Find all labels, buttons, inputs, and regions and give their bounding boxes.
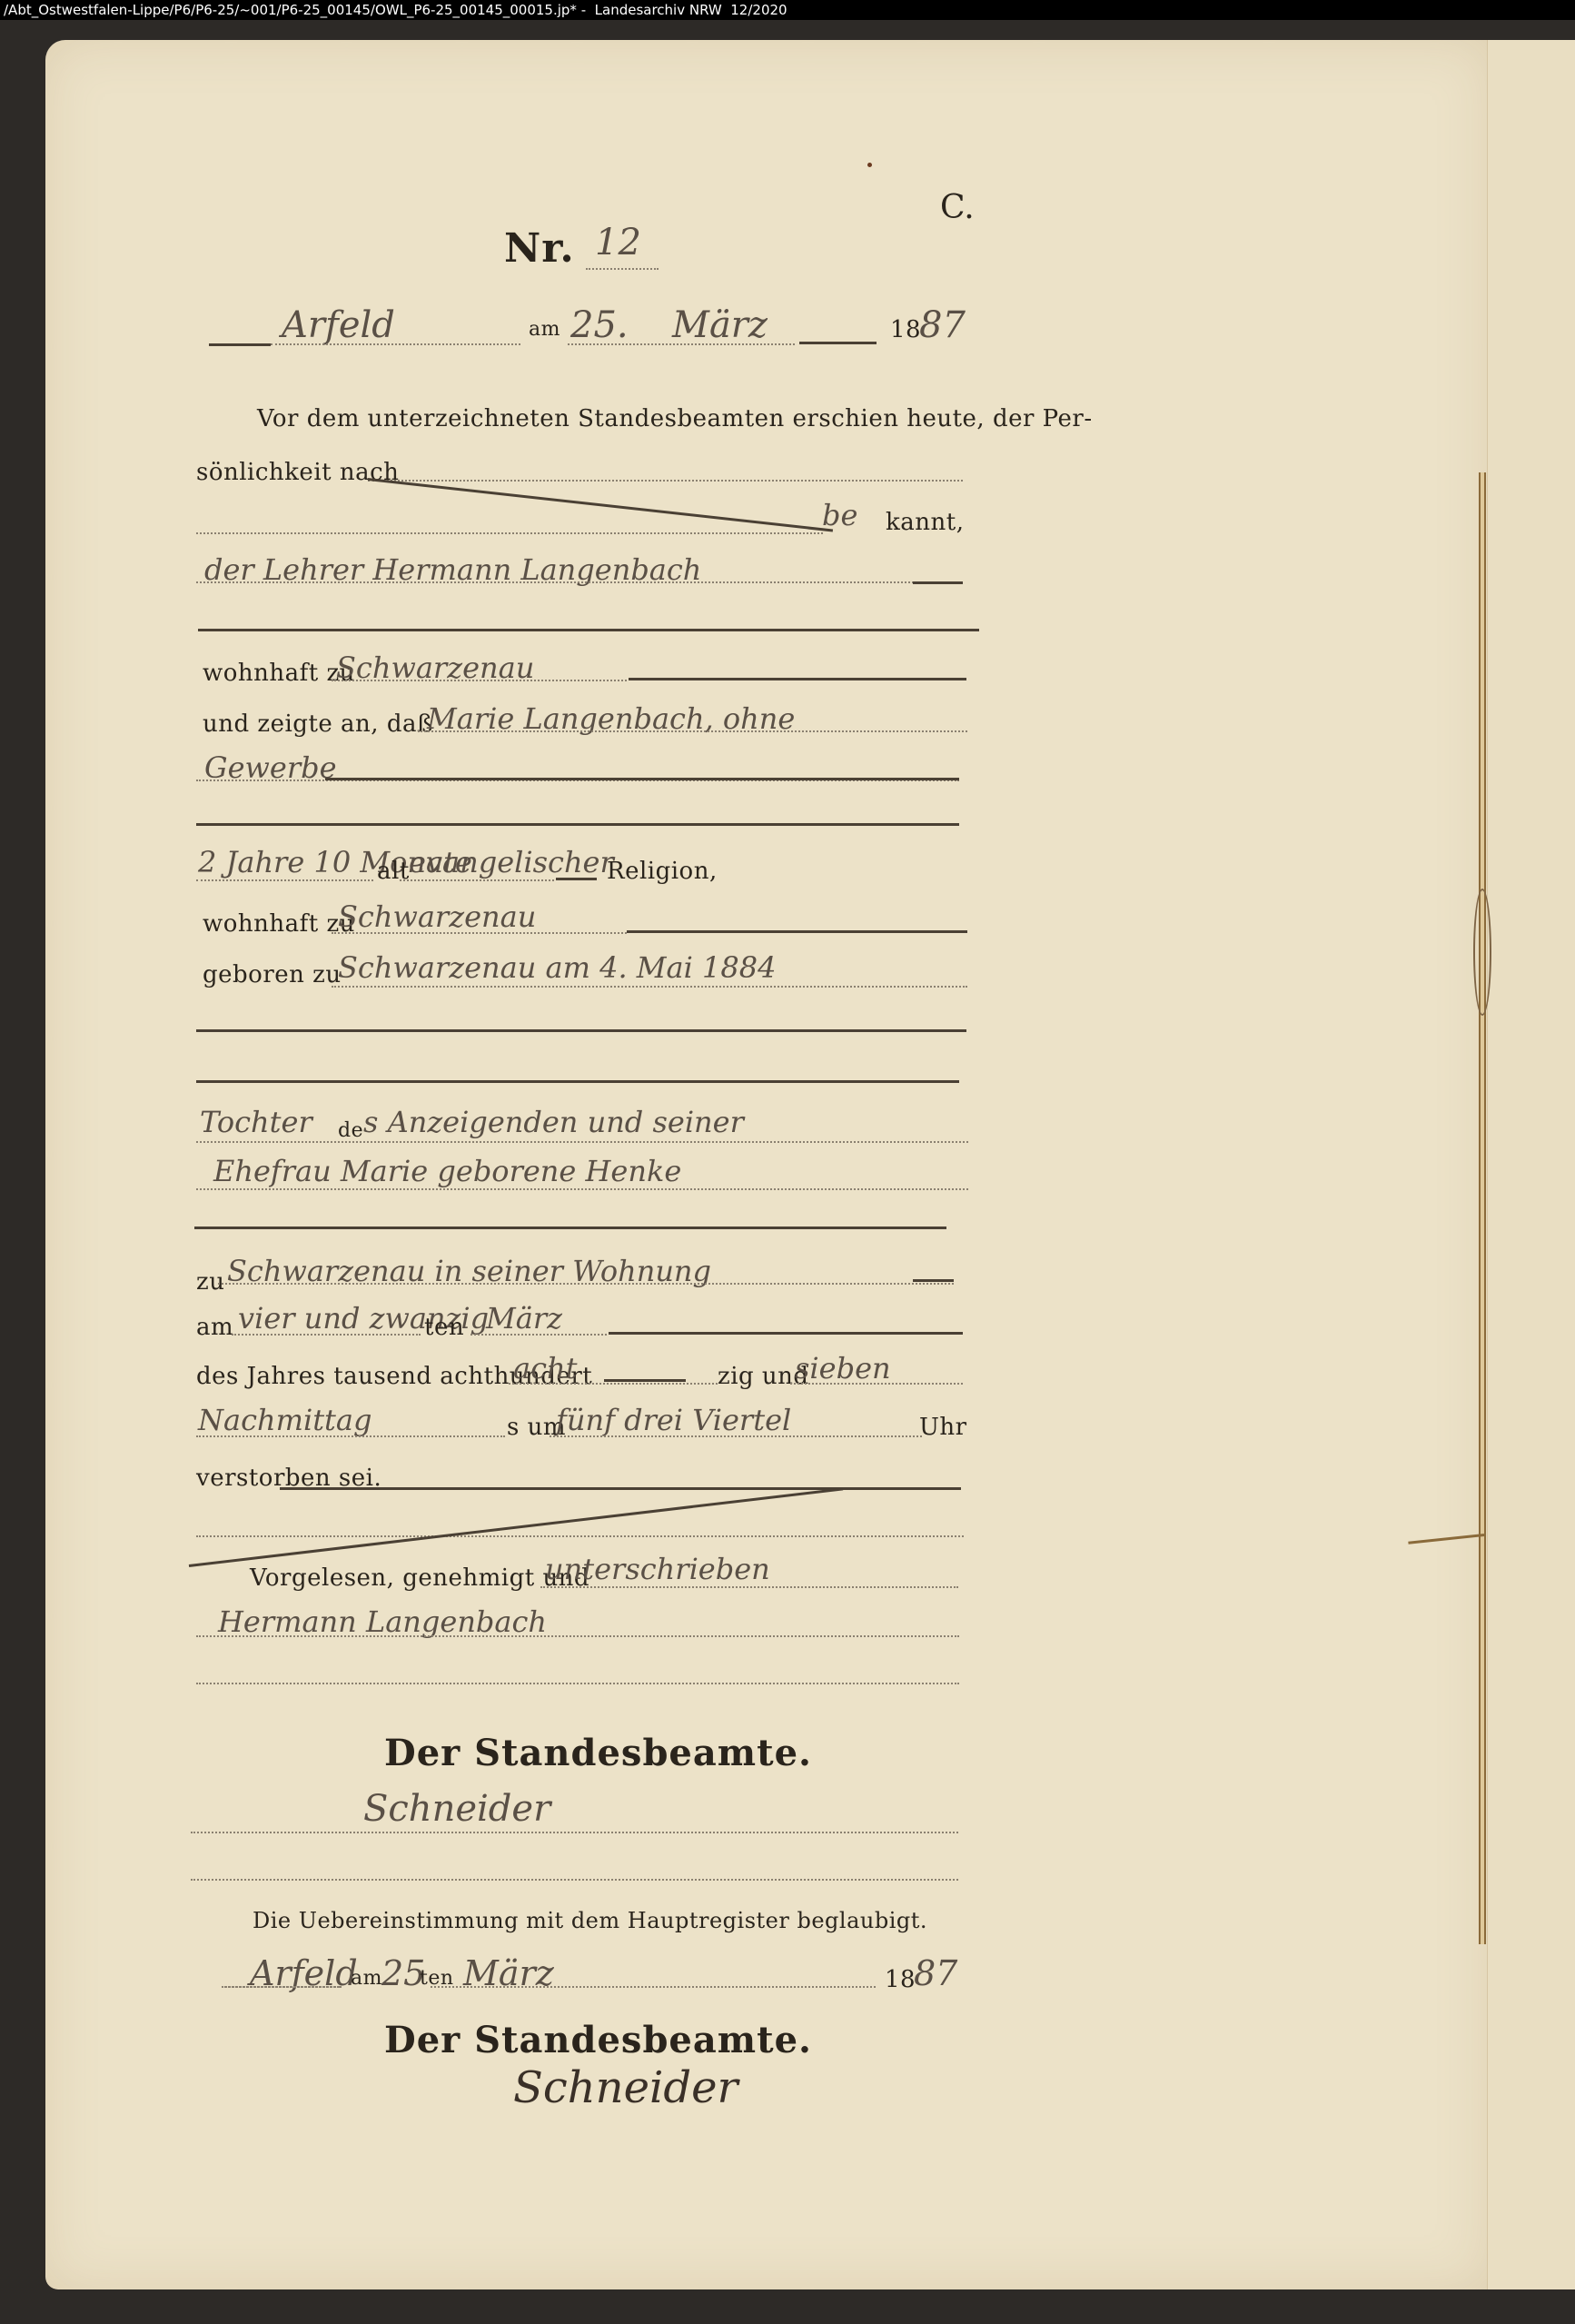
binding-thread-icon <box>1479 472 1486 1944</box>
persoenlichkeit-label: sönlichkeit nach <box>196 459 399 486</box>
rule <box>196 823 959 826</box>
dotline <box>196 1635 959 1637</box>
dotline <box>400 879 554 881</box>
rule <box>325 778 959 780</box>
bekannt-handwritten: be <box>822 498 857 532</box>
kannt-label: kannt, <box>886 509 964 536</box>
dotline <box>196 1535 964 1537</box>
dotline <box>196 581 914 583</box>
adjacent-page-edge <box>1488 40 1575 2289</box>
dotline <box>332 680 627 681</box>
dotline <box>196 1435 505 1437</box>
window-title: /Abt_Ostwestfalen-Lippe/P6/P6-25/~001/P6… <box>0 0 1575 20</box>
header-month: März <box>672 304 768 346</box>
deceased-residence: Schwarzenau <box>338 899 536 934</box>
death-month: März <box>486 1301 562 1336</box>
dotline <box>568 343 795 345</box>
am-label-2: am <box>196 1314 233 1341</box>
parents-line-2: Ehefrau Marie geborene Henke <box>213 1154 681 1188</box>
dotline <box>222 1986 340 1988</box>
dotline <box>586 268 659 270</box>
dotline <box>196 879 373 881</box>
des-label: de <box>338 1119 363 1142</box>
vorgelesen-label: Vorgelesen, genehmigt und <box>250 1564 589 1592</box>
cert-year: 87 <box>914 1953 957 1993</box>
relation: Tochter <box>200 1105 312 1139</box>
rule <box>604 1379 686 1382</box>
dotline <box>232 1334 421 1336</box>
rule <box>196 1080 959 1083</box>
rule <box>913 581 963 584</box>
am-label: am <box>529 318 560 341</box>
year-tens: acht <box>513 1351 577 1385</box>
dotline <box>418 730 967 732</box>
dotline <box>509 1383 718 1385</box>
form-letter: C. <box>940 189 975 226</box>
rule <box>913 1279 954 1282</box>
birth-details: Schwarzenau am 4. Mai 1884 <box>338 950 776 985</box>
dotline <box>191 1879 958 1881</box>
registrar-title-2: Der Standesbeamte. <box>384 2019 812 2061</box>
uhr-label: Uhr <box>919 1414 967 1441</box>
parents-line-1: s Anzeigenden und seiner <box>363 1105 744 1139</box>
rule <box>280 1487 961 1490</box>
dotline <box>471 1334 607 1336</box>
ten-label: ten <box>424 1314 464 1341</box>
dotline <box>790 1383 963 1385</box>
dotline <box>540 1586 958 1588</box>
year-units: sieben <box>795 1351 891 1385</box>
dotline <box>431 1986 876 1988</box>
registrar-signature-2: Schneider <box>513 2062 738 2113</box>
ink-spot <box>867 163 872 167</box>
year-prefix: 18 <box>890 316 921 343</box>
informant-signature: Hermann Langenbach <box>218 1604 547 1639</box>
unterschrieben-text: unterschrieben <box>545 1552 770 1586</box>
entry-number: 12 <box>595 222 641 263</box>
religion-value: evangelischer <box>409 845 614 879</box>
dotline <box>196 532 823 534</box>
rule <box>196 1029 966 1032</box>
cert-year-prefix: 18 <box>885 1966 916 1993</box>
rule <box>556 878 597 880</box>
intro-text: Vor dem unterzeichneten Standesbeamten e… <box>257 405 1093 432</box>
dotline <box>368 480 963 482</box>
certification-text: Die Uebereinstimmung mit dem Hauptregist… <box>253 1908 927 1933</box>
cert-am-label: am <box>351 1967 382 1990</box>
zu-label: zu <box>196 1268 224 1296</box>
wohnhaft-label: wohnhaft zu <box>203 660 355 687</box>
dotline <box>332 986 967 988</box>
time-of-day: Nachmittag <box>198 1403 371 1437</box>
binding-knot-icon <box>1473 889 1491 1016</box>
dotline <box>271 343 520 345</box>
header-day: 25. <box>570 304 629 346</box>
dotline <box>196 1683 959 1684</box>
number-label: Nr. <box>504 225 575 272</box>
rule <box>799 342 877 344</box>
dotline <box>196 1188 968 1190</box>
death-time: fünf drei Viertel <box>556 1403 791 1437</box>
religion-label: Religion, <box>607 858 718 885</box>
dotline <box>218 1283 954 1285</box>
rule <box>209 343 271 346</box>
dotline <box>332 932 627 934</box>
dotline <box>191 1832 958 1833</box>
registrar-title: Der Standesbeamte. <box>384 1732 812 1774</box>
rule <box>198 629 979 631</box>
rule <box>627 930 967 933</box>
rule <box>609 1332 963 1335</box>
dotline <box>196 1141 968 1143</box>
header-place: Arfeld <box>282 304 395 346</box>
header-year: 87 <box>919 304 966 346</box>
dotline <box>550 1435 922 1437</box>
rule <box>629 678 966 680</box>
rule <box>194 1227 946 1229</box>
zeigte-label: und zeigte an, daß <box>203 710 433 738</box>
registrar-signature: Schneider <box>363 1788 550 1830</box>
geboren-label: geboren zu <box>203 961 342 988</box>
